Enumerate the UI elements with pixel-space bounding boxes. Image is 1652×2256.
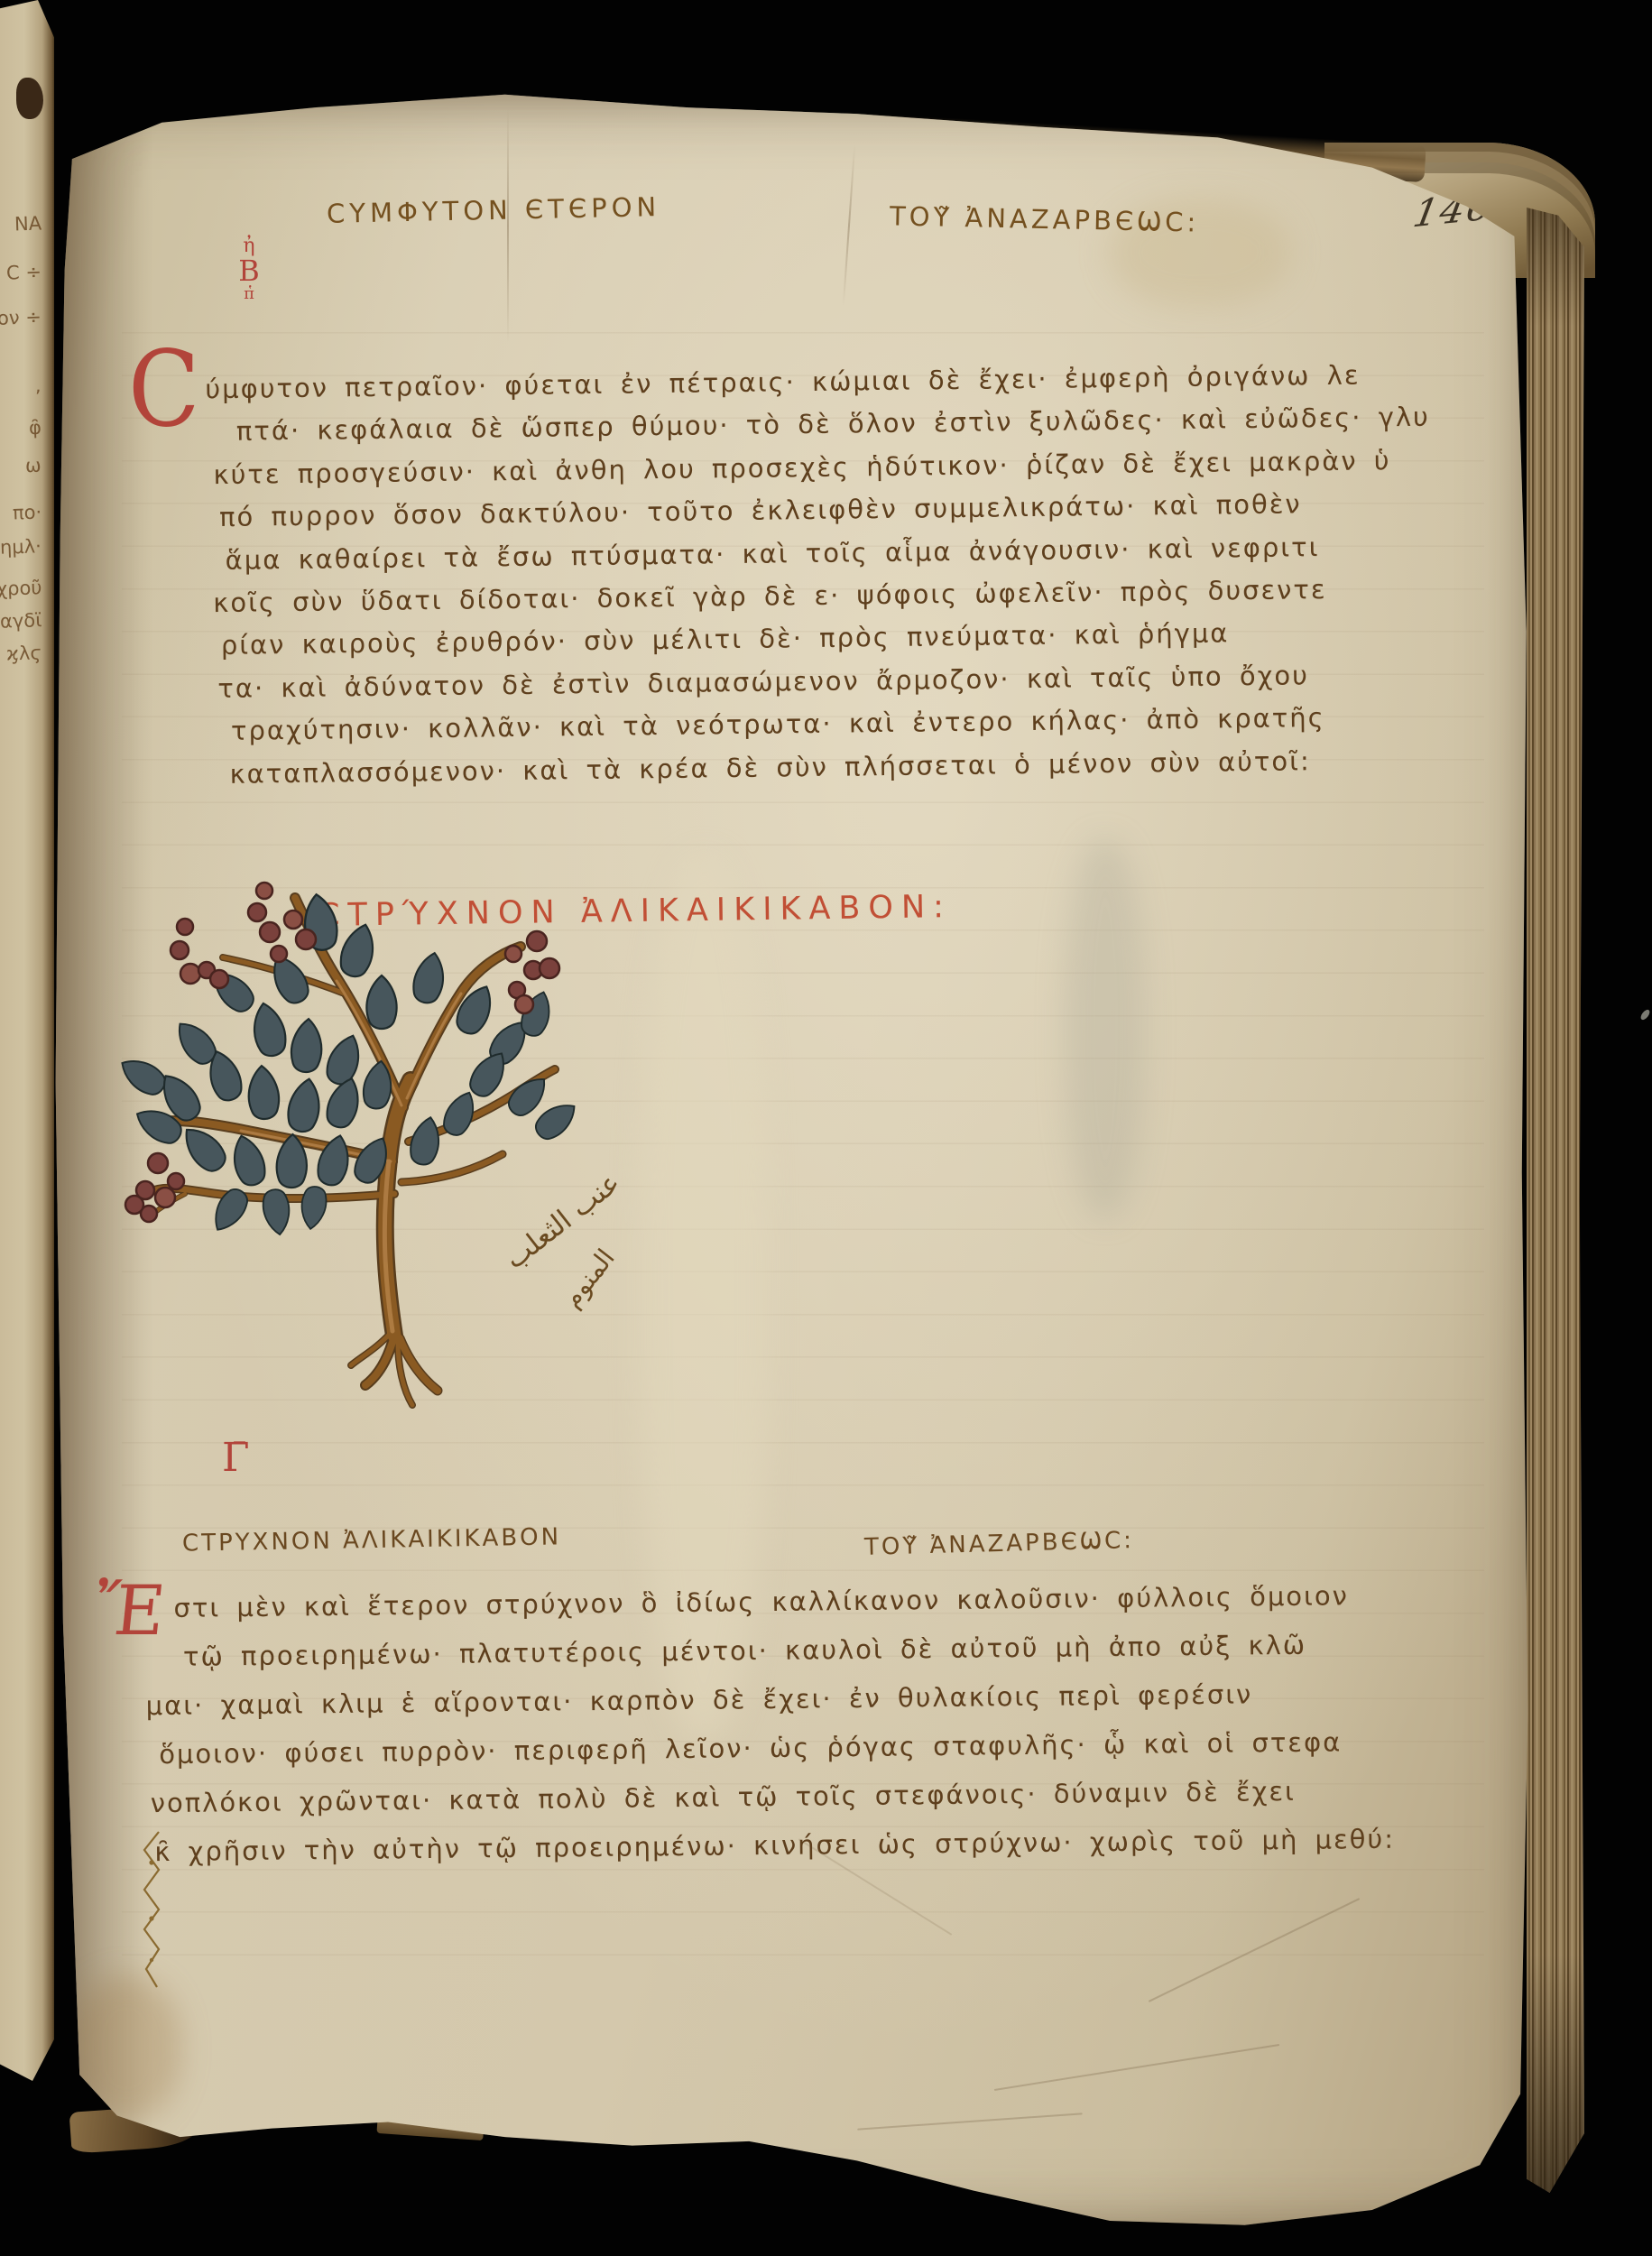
plant-leaf <box>285 1077 324 1134</box>
plant-berry <box>155 1188 175 1207</box>
facing-text-fragment: C ÷ <box>6 261 42 283</box>
facing-text-fragment: ϗλϛ <box>6 642 42 664</box>
plant-berry <box>177 919 193 935</box>
facing-text-fragment: ον ÷ <box>0 306 42 329</box>
plant-berry <box>180 964 200 984</box>
plant-berry <box>260 922 280 942</box>
plant-berry <box>210 970 228 988</box>
plant-leaf <box>115 1051 171 1099</box>
running-title-left: СΥΜΦΥΤΟΝ ЄΤЄΡΟΝ <box>327 191 661 229</box>
plant-illustration <box>95 880 609 1421</box>
plant-leaf <box>322 1031 366 1087</box>
plant-leaf <box>249 1001 290 1059</box>
plant-berry <box>527 931 547 951</box>
plant-leaf <box>227 1132 269 1188</box>
plant-berry <box>284 911 302 929</box>
plant-leaf <box>323 1074 365 1131</box>
book-edge-right-stack <box>1527 208 1584 2193</box>
chapter-number-mark-gamma: Γ̄ <box>222 1438 250 1479</box>
facing-text-fragment: ΝΑ <box>14 212 42 235</box>
plant-leaf <box>366 975 396 1029</box>
dust-speck <box>1639 1008 1652 1022</box>
plant-berry <box>296 929 316 949</box>
plant-leaf <box>411 950 448 1005</box>
facing-text-fragment: ʼ <box>35 386 42 408</box>
plant-berry <box>171 941 189 959</box>
running-title-right: ΤΟΥ͂ ἈΝΑΖΑΡΒЄѠС: <box>890 200 1200 237</box>
plant-leaf <box>299 1185 328 1230</box>
manuscript-page: СΥΜΦΥΤΟΝ ЄΤЄΡΟΝ ΤΟΥ͂ ἈΝΑΖΑΡΒЄѠС: 146 ἠ Β… <box>45 90 1543 2238</box>
plant-leaf <box>337 920 380 980</box>
plant-berry <box>168 1173 184 1189</box>
manuscript-photo: ΝΑ C ÷ ον ÷ ʼ φ̑ ω πο· ημλ· χροῦ αγδϊ ϗλ… <box>0 0 1652 2256</box>
chapter-mark-lower: π̔ <box>229 286 269 302</box>
plant-leaf <box>408 1114 444 1167</box>
chapter-number-mark: ἠ Β π̔ <box>229 236 269 302</box>
crease <box>843 144 856 307</box>
stain-ghost <box>1065 839 1146 1218</box>
text-block-strychnon: στι μὲν καὶ ἕτερον στρύχνον ὃ ἰδίως καλλ… <box>143 1580 1395 1885</box>
facing-text-fragment: χροῦ <box>0 577 42 600</box>
spine-fragment <box>16 78 43 119</box>
margin-zigzag-ornament <box>139 1830 170 1989</box>
plant-berry <box>148 1153 168 1173</box>
text-block-symphyton: ύμφυτον πετραῖον· φύεται ἐν πέτραις· κώμ… <box>189 359 1435 802</box>
crease <box>507 108 509 343</box>
wrinkle <box>994 2044 1279 2091</box>
plant-leaf <box>246 1065 280 1120</box>
chapter-mark-letter: Β <box>229 256 269 286</box>
facing-page-edge: ΝΑ C ÷ ον ÷ ʼ φ̑ ω πο· ημλ· χροῦ αγδϊ ϗλ… <box>0 0 54 2081</box>
facing-text-fragment: ω <box>25 455 42 477</box>
facing-text-fragment: φ̑ <box>29 417 42 439</box>
facing-text-fragment: ημλ· <box>0 535 42 559</box>
plant-berry <box>515 995 533 1013</box>
wrinkle <box>857 2113 1083 2130</box>
plant-berry <box>271 946 287 962</box>
stain-brown <box>72 1976 180 2121</box>
plant-berry <box>125 1196 143 1214</box>
plant-berry <box>540 958 559 978</box>
plant-leaf <box>290 1018 323 1073</box>
facing-text-fragment: αγδϊ <box>0 609 42 633</box>
plant-berry <box>256 883 272 899</box>
facing-text-fragment: πο· <box>12 501 42 523</box>
plant-berry <box>505 946 521 962</box>
plant-berry <box>248 903 266 921</box>
